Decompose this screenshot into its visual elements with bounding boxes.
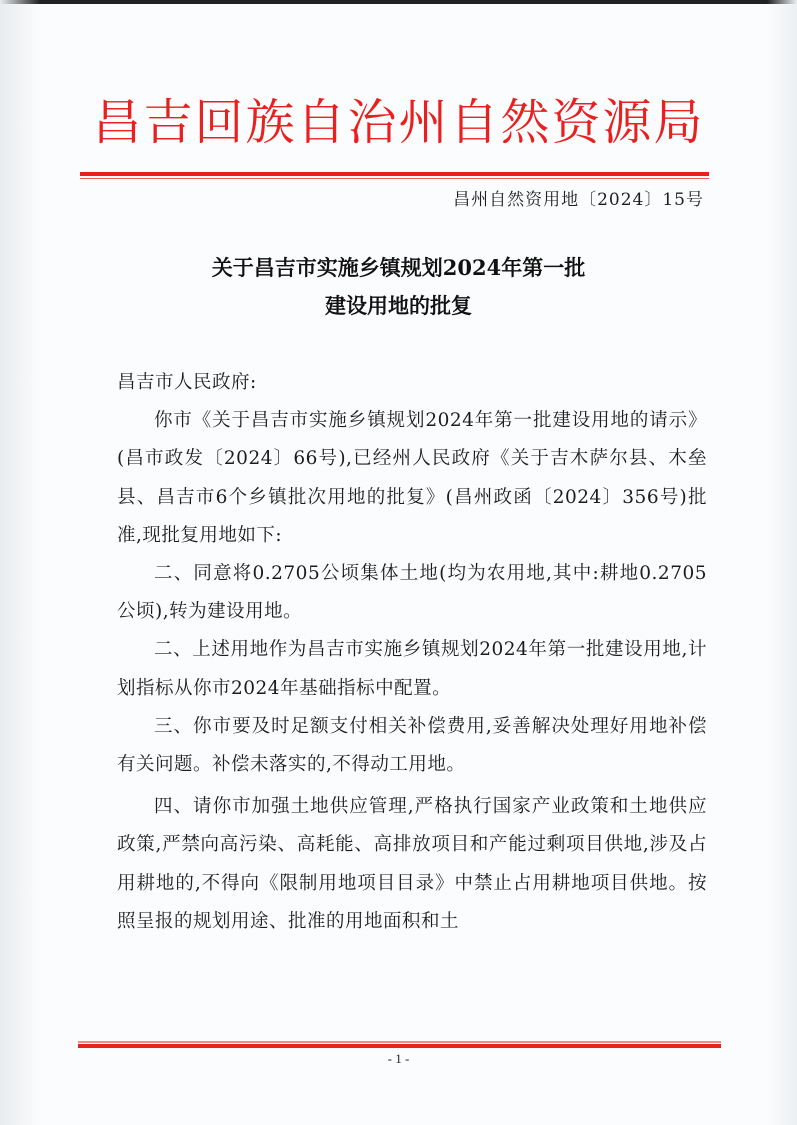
footer-rule-thick (78, 1044, 721, 1048)
document-number: 昌州自然资用地〔2024〕15号 (453, 187, 704, 213)
letterhead-rule-thin (80, 178, 709, 179)
document-body: 昌吉市人民政府: 你市《关于昌吉市实施乡镇规划2024年第一批建设用地的请示》(… (117, 364, 707, 941)
footer-rule-thin (78, 1041, 721, 1043)
salutation: 昌吉市人民政府: (117, 364, 707, 402)
scan-shadow-left (0, 0, 40, 1125)
scan-shadow-right (767, 0, 797, 1125)
document-title-line-2: 建设用地的批复 (0, 288, 797, 324)
paragraph-item-3: 三、你市要及时足额支付相关补偿费用,妥善解决处理好用地补偿有关问题。补偿未落实的… (117, 708, 707, 784)
letterhead-rule-thick (80, 172, 709, 176)
paragraph-item-4: 四、请你市加强土地供应管理,严格执行国家产业政策和土地供应政策,严禁向高污染、高… (117, 788, 707, 941)
paragraph-item-2a: 二、同意将0.2705公顷集体土地(均为农用地,其中:耕地0.2705公顷),转… (117, 555, 707, 631)
paragraph-intro: 你市《关于昌吉市实施乡镇规划2024年第一批建设用地的请示》(昌市政发〔2024… (117, 402, 707, 555)
document-title-line-1: 关于昌吉市实施乡镇规划2024年第一批 (0, 250, 797, 286)
letterhead-issuer: 昌吉回族自治州自然资源局 (0, 88, 797, 158)
scan-edge-top (0, 0, 797, 4)
paragraph-item-2b: 二、上述用地作为昌吉市实施乡镇规划2024年第一批建设用地,计划指标从你市202… (117, 631, 707, 707)
page-number: - 1 - (0, 1051, 797, 1067)
